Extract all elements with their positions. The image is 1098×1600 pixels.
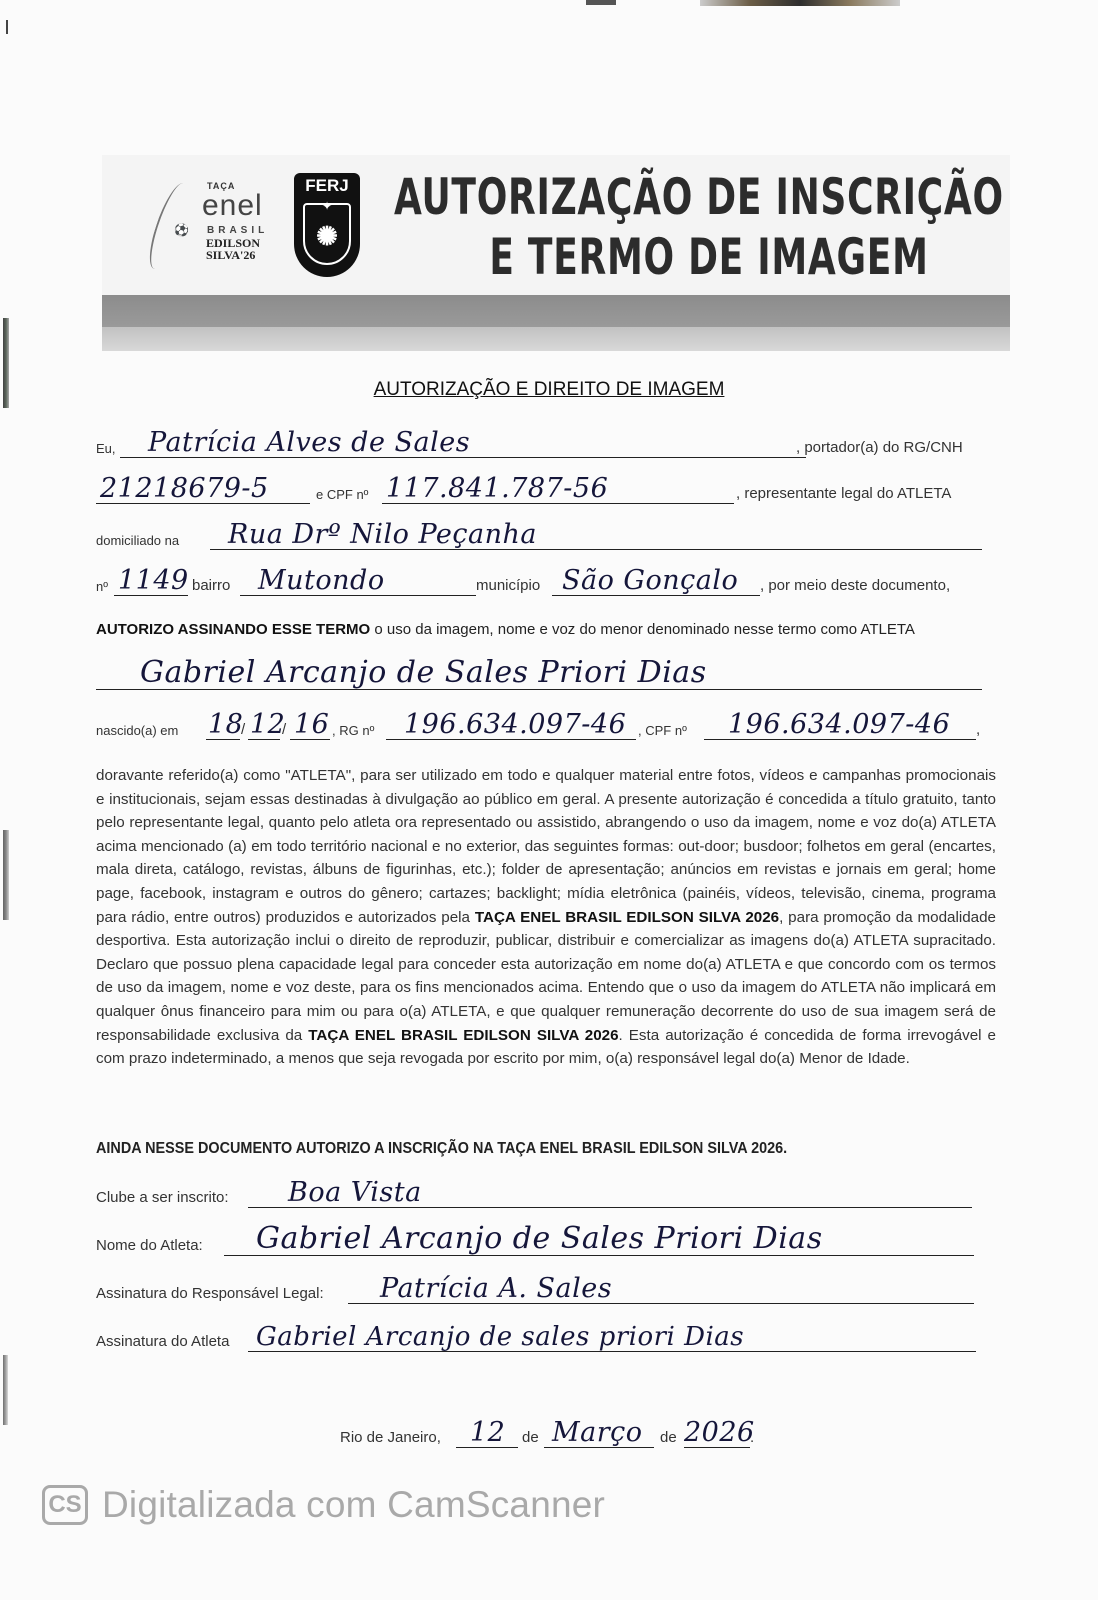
eu-label: Eu, xyxy=(96,441,116,456)
logo-text-silva: SILVA'26 xyxy=(206,249,260,261)
scan-artifact xyxy=(6,20,8,34)
row-responsavel-nome: Eu, Patrícia Alves de Sales , portador(a… xyxy=(96,420,982,460)
scan-artifact xyxy=(3,830,9,920)
section-title: AUTORIZAÇÃO E DIREITO DE IMAGEM xyxy=(0,379,1098,401)
row-rg-cpf: 21218679-5 e CPF nº 117.841.787-56 , rep… xyxy=(96,466,982,506)
document-title: AUTORIZAÇÃO DE INSCRIÇÃO E TERMO DE IMAG… xyxy=(394,167,956,287)
nascido-label: nascido(a) em xyxy=(96,723,178,738)
nascimento-mes-value: 12 xyxy=(250,709,285,740)
clube-label: Clube a ser inscrito: xyxy=(96,1189,229,1206)
header-band xyxy=(102,295,1010,327)
nascimento-ano-value: 16 xyxy=(294,709,329,740)
volleyball-icon: ✺ xyxy=(294,221,360,252)
date-day-value: 12 xyxy=(470,1417,505,1448)
org-name-2: TAÇA ENEL BRASIL EDILSON SILVA 2026 xyxy=(308,1027,618,1044)
nome-atleta-value: Gabriel Arcanjo de Sales Priori Dias xyxy=(256,1221,823,1256)
taca-enel-logo: ⚽ TAÇA enel BRASIL EDILSON SILVA'26 xyxy=(152,175,272,275)
org-name-1: TAÇA ENEL BRASIL EDILSON SILVA 2026 xyxy=(475,909,779,926)
row-atleta-nome: Gabriel Arcanjo de Sales Priori Dias xyxy=(96,652,982,692)
date-line: Rio de Janeiro, 12 de Março de 2026 . xyxy=(340,1410,760,1450)
bairro-value: Mutondo xyxy=(258,565,385,596)
title-line-1: AUTORIZAÇÃO DE INSCRIÇÃO xyxy=(394,167,956,227)
cpf-atleta-value: 196.634.097-46 xyxy=(728,709,950,740)
date-separator: / xyxy=(241,721,245,738)
autorizo-rest: o uso da imagem, nome e voz do menor den… xyxy=(370,621,915,638)
numero-value: 1149 xyxy=(118,565,189,596)
de-label: de xyxy=(522,1429,539,1446)
portador-label: , portador(a) do RG/CNH xyxy=(796,439,963,456)
row-numero-bairro-municipio: nº 1149 bairro Mutondo município São Gon… xyxy=(96,558,982,598)
terms-text-1: doravante referido(a) como "ATLETA", par… xyxy=(96,767,996,926)
assinatura-responsavel-value: Patrícia A. Sales xyxy=(380,1273,612,1304)
terms-text-2: , para promoção da modalidade desportiva… xyxy=(96,909,996,1044)
row-assinatura-responsavel: Assinatura do Responsável Legal: Patríci… xyxy=(96,1266,982,1306)
date-end-period: . xyxy=(750,1429,754,1446)
rg-atleta-value: 196.634.097-46 xyxy=(404,709,626,740)
city-label: Rio de Janeiro, xyxy=(340,1429,441,1446)
nome-atleta-label: Nome do Atleta: xyxy=(96,1237,203,1254)
inscricao-heading: AINDA NESSE DOCUMENTO AUTORIZO A INSCRIÇ… xyxy=(96,1140,787,1158)
row-nome-atleta: Nome do Atleta: Gabriel Arcanjo de Sales… xyxy=(96,1218,982,1258)
cpf-label: e CPF nº xyxy=(316,487,368,502)
date-month-value: Março xyxy=(552,1417,643,1448)
row-nascimento-documentos: nascido(a) em 18 / 12 / 16 , RG nº 196.6… xyxy=(96,702,982,742)
terms-paragraph: doravante referido(a) como "ATLETA", par… xyxy=(96,764,996,1071)
header-band-light xyxy=(102,327,1010,351)
por-meio-label: , por meio deste documento, xyxy=(760,577,950,594)
logo-text-enel: enel xyxy=(202,189,263,223)
de-label: de xyxy=(660,1429,677,1446)
date-year-value: 2026 xyxy=(684,1417,755,1448)
cpf-responsavel-value: 117.841.787-56 xyxy=(386,473,608,504)
star-icon: ✦ xyxy=(294,199,360,213)
scan-artifact xyxy=(700,0,900,6)
document-header: ⚽ TAÇA enel BRASIL EDILSON SILVA'26 FERJ… xyxy=(102,155,1010,355)
scan-artifact xyxy=(586,0,616,5)
camscanner-text: Digitalizada com CamScanner xyxy=(102,1484,605,1526)
clube-value: Boa Vista xyxy=(288,1177,422,1208)
ferj-logo-text: FERJ xyxy=(294,176,360,196)
autorizo-bold: AUTORIZO ASSINANDO ESSE TERMO xyxy=(96,621,370,638)
logo-text-brasil: BRASIL xyxy=(207,225,268,236)
assinatura-atleta-value: Gabriel Arcanjo de sales priori Dias xyxy=(256,1322,744,1352)
numero-label: nº xyxy=(96,579,108,594)
row-endereco: domiciliado na Rua Drº Nilo Peçanha xyxy=(96,512,982,552)
nascimento-dia-value: 18 xyxy=(208,709,243,740)
domiciliado-label: domiciliado na xyxy=(96,533,179,548)
date-separator: / xyxy=(282,721,286,738)
ferj-logo: FERJ ✦ ✺ xyxy=(294,173,360,277)
scan-artifact xyxy=(3,1355,8,1425)
bairro-label: bairro xyxy=(192,577,230,594)
autorizo-statement: AUTORIZO ASSINANDO ESSE TERMO o uso da i… xyxy=(96,621,915,638)
municipio-value: São Gonçalo xyxy=(562,565,738,596)
cpf-atleta-label: , CPF nº xyxy=(638,723,687,738)
municipio-label: município xyxy=(476,577,540,594)
rg-atleta-label: , RG nº xyxy=(332,723,374,738)
trailing-comma: , xyxy=(976,721,980,738)
camscanner-watermark: CS Digitalizada com CamScanner xyxy=(42,1482,605,1528)
ball-icon: ⚽ xyxy=(174,223,189,237)
atleta-nome-value: Gabriel Arcanjo de Sales Priori Dias xyxy=(140,655,707,690)
assinatura-atleta-label: Assinatura do Atleta xyxy=(96,1333,229,1350)
title-line-2: E TERMO DE IMAGEM xyxy=(394,227,956,287)
rg-responsavel-value: 21218679-5 xyxy=(100,473,269,504)
row-assinatura-atleta: Assinatura do Atleta Gabriel Arcanjo de … xyxy=(96,1314,982,1354)
assinatura-responsavel-label: Assinatura do Responsável Legal: xyxy=(96,1285,324,1302)
responsavel-nome-value: Patrícia Alves de Sales xyxy=(148,427,470,458)
row-clube: Clube a ser inscrito: Boa Vista xyxy=(96,1170,982,1210)
endereco-value: Rua Drº Nilo Peçanha xyxy=(228,519,537,550)
camscanner-logo-icon: CS xyxy=(42,1485,88,1525)
logo-text-edilson-silva: EDILSON SILVA'26 xyxy=(206,237,260,261)
representante-label: , representante legal do ATLETA xyxy=(736,485,951,502)
